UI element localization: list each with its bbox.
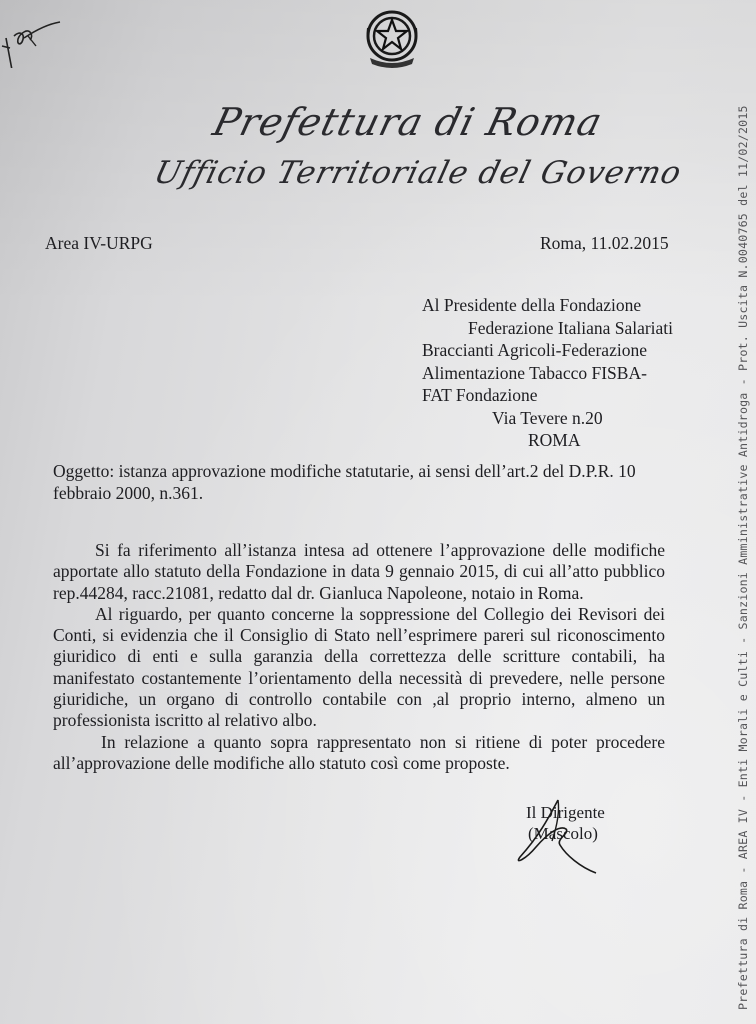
letter-body: Si fa riferimento all’istanza intesa ad … [53,540,665,774]
recipient-line: Alimentazione Tabacco FISBA- [422,362,673,385]
body-paragraph: Al riguardo, per quanto concerne la sopp… [53,604,665,732]
recipient-line: ROMA [422,429,673,452]
paper-shading [0,0,756,1024]
subject-line: Oggetto: istanza approvazione modifiche … [53,460,653,504]
body-paragraph: In relazione a quanto sopra rappresentat… [53,732,665,775]
area-label: Area IV-URPG [45,232,153,254]
protocol-stamp: Prefettura di Roma - AREA IV - Enti Mora… [736,105,750,1010]
italian-republic-emblem-icon [356,6,428,70]
place-date: Roma, 11.02.2015 [540,232,669,254]
recipient-line: Braccianti Agricoli-Federazione [422,339,673,362]
recipient-line: FAT Fondazione [422,384,673,407]
recipient-line: Al Presidente della Fondazione [422,294,673,317]
recipient-line: Federazione Italiana Salariati [422,317,673,340]
office-title: Ufficio Territoriale del Governo [0,155,756,191]
recipient-line: Via Tevere n.20 [422,407,673,430]
handwritten-signature-icon [500,795,620,880]
body-paragraph: Si fa riferimento all’istanza intesa ad … [53,540,665,604]
recipient-address: Al Presidente della Fondazione Federazio… [422,294,673,452]
handwritten-initials-icon [0,8,70,68]
institution-title: Prefettura di Roma [0,100,756,144]
